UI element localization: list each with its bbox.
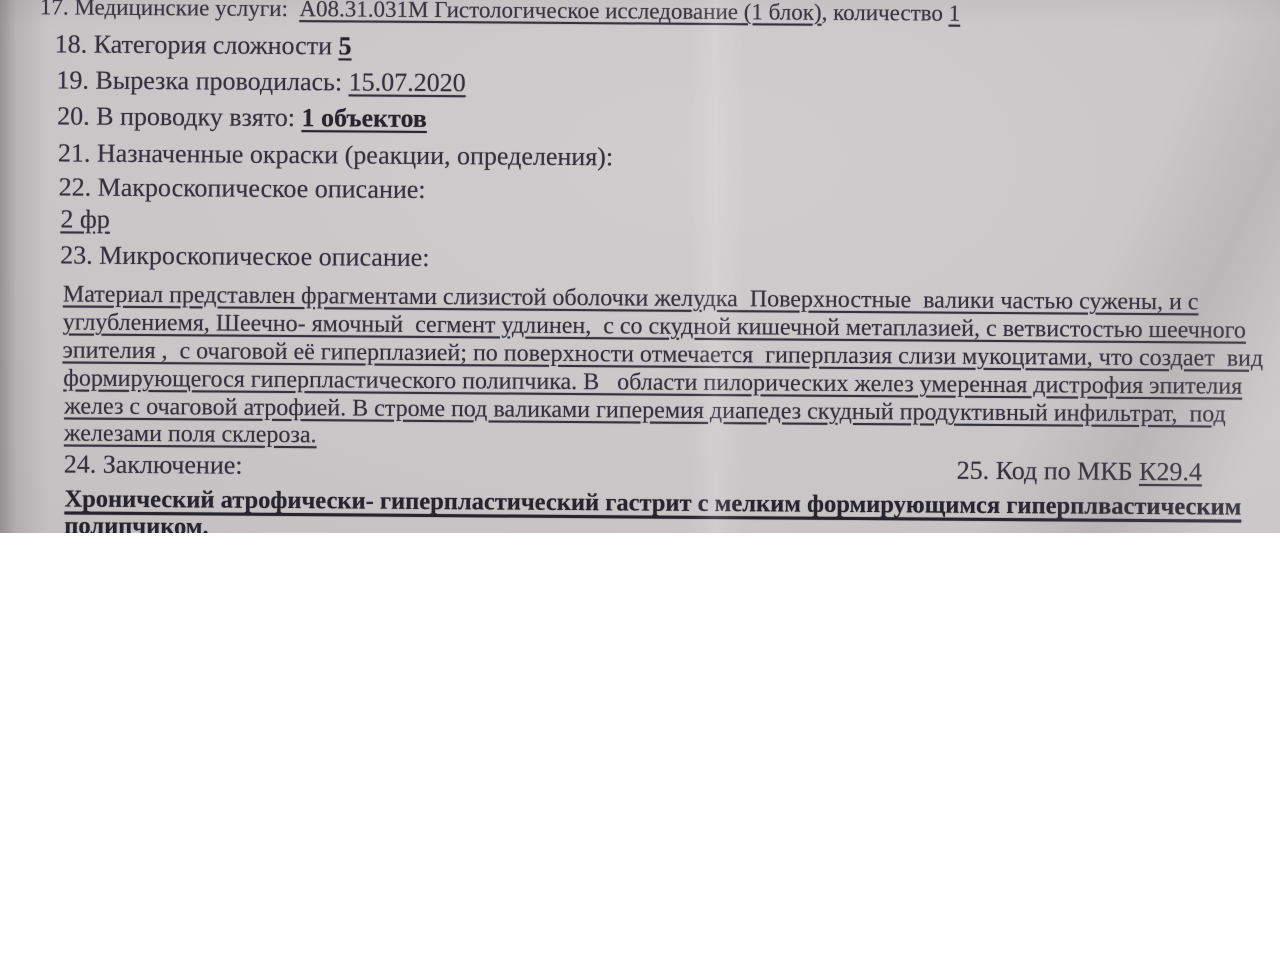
- conclusion-line-2: полипчиком.: [64, 511, 209, 533]
- field-conclusion-header: 24. Заключение:: [64, 450, 243, 480]
- field-objects-taken: 20. В проводку взято: 1 объектов: [57, 102, 427, 133]
- field-complexity-value: 5: [338, 31, 351, 60]
- field-medical-services-suffix: , количество: [822, 0, 949, 26]
- document-text-layer: 17. Медицинские услуги: А08.31.031М Гист…: [0, 0, 1280, 533]
- micro-description-line-6: железами поля склероза.: [64, 420, 317, 448]
- field-objects-label: 20. В проводку взято:: [57, 101, 302, 132]
- field-assigned-stains-label: 21. Назначенные окраски (реакции, опреде…: [58, 138, 613, 171]
- conclusion-line-1: Хронический атрофически- гиперпластическ…: [64, 484, 1241, 521]
- conclusion-line-1-text: Хронический атрофически- гиперпластическ…: [64, 485, 1241, 520]
- field-assigned-stains: 21. Назначенные окраски (реакции, опреде…: [58, 139, 613, 171]
- field-icd-code-label: 25. Код по МКБ: [957, 456, 1140, 486]
- field-medical-services-value: А08.31.031М Гистологическое исследование…: [299, 0, 821, 25]
- field-complexity-category: 18. Категория сложности 5: [55, 30, 352, 61]
- screenshot-root: 17. Медицинские услуги: А08.31.031М Гист…: [0, 0, 1280, 960]
- field-icd-code-value: К29.4: [1139, 457, 1202, 486]
- macro-value-text: 2 фр: [60, 204, 110, 233]
- document-photo: 17. Медицинские услуги: А08.31.031М Гист…: [0, 0, 1280, 533]
- field-micro-description: 23. Микроскопическое описание:: [60, 241, 429, 272]
- field-excision-date: 19. Вырезка проводилась: 15.07.2020: [56, 66, 465, 97]
- field-medical-services-count: 1: [949, 1, 961, 26]
- micro-line-6-text: железами поля склероза.: [64, 420, 317, 448]
- field-medical-services: 17. Медицинские услуги: А08.31.031М Гист…: [40, 0, 960, 26]
- field-objects-value: 1 объектов: [301, 103, 427, 133]
- blank-area: [0, 533, 1280, 960]
- field-conclusion-header-label: 24. Заключение:: [64, 449, 243, 479]
- conclusion-line-2-text: полипчиком.: [64, 512, 209, 533]
- field-micro-description-label: 23. Микроскопическое описание:: [60, 240, 429, 272]
- field-medical-services-label: 17. Медицинские услуги:: [40, 0, 300, 21]
- field-excision-label: 19. Вырезка проводилась:: [56, 65, 348, 96]
- macro-description-value: 2 фр: [60, 205, 110, 234]
- field-macro-description-label: 22. Макроскопическое описание:: [59, 172, 426, 204]
- field-excision-value: 15.07.2020: [349, 67, 466, 97]
- field-macro-description: 22. Макроскопическое описание:: [59, 173, 426, 204]
- field-complexity-label: 18. Категория сложности: [55, 29, 339, 60]
- field-icd-code: 25. Код по МКБ К29.4: [957, 457, 1202, 487]
